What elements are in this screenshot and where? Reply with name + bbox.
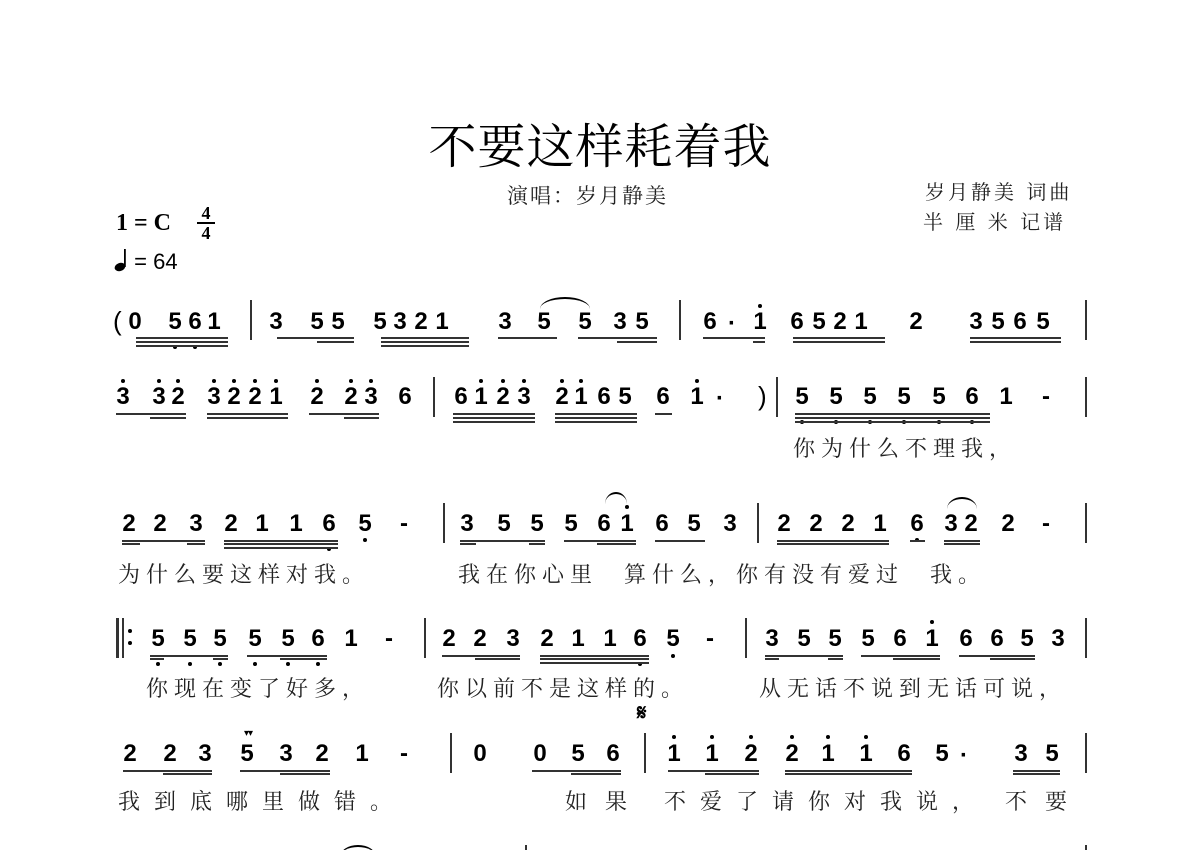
dash-extension: -: [394, 511, 414, 537]
note-digit: 2: [439, 626, 459, 652]
note-digit: 5: [860, 384, 880, 410]
augmentation-dot: ·: [728, 310, 736, 338]
duration-underline: [793, 341, 885, 343]
slur: [605, 492, 627, 504]
barline: [424, 618, 426, 658]
note-digit: 1: [922, 626, 942, 652]
note-digit: 6: [956, 626, 976, 652]
note-digit: 3: [1048, 626, 1068, 652]
duration-underline: [207, 413, 288, 415]
time-signature-top: 4: [197, 205, 215, 221]
note-digit: 1: [851, 309, 871, 335]
high-octave-dot: [758, 304, 762, 308]
duration-underline: [381, 345, 469, 347]
note-digit: 3: [514, 384, 534, 410]
barline: [644, 733, 646, 773]
duration-underline: [795, 421, 990, 423]
duration-underline: [224, 540, 338, 542]
high-octave-dot: [710, 735, 714, 739]
note-digit: 3: [113, 384, 133, 410]
note-digit: 2: [120, 741, 140, 767]
note-digit: 3: [966, 309, 986, 335]
note-digit: 5: [1017, 626, 1037, 652]
duration-underline: [785, 773, 912, 775]
note-digit: 2: [307, 384, 327, 410]
quarter-note-icon: [114, 248, 128, 272]
note-digit: 3: [610, 309, 630, 335]
high-octave-dot: [157, 379, 161, 383]
note-digit: 2: [782, 741, 802, 767]
close-parenthesis: ): [758, 381, 767, 412]
duration-underline: [910, 540, 925, 542]
note-digit: 6: [451, 384, 471, 410]
note-digit: 5: [825, 626, 845, 652]
barline: [525, 845, 527, 850]
note-digit: 6: [594, 511, 614, 537]
low-octave-dot: [253, 662, 257, 666]
duration-underline: [150, 417, 186, 419]
duration-underline: [224, 543, 338, 545]
note-digit: 2: [411, 309, 431, 335]
duration-underline: [777, 540, 889, 542]
duration-underline: [793, 337, 885, 339]
duration-underline: [970, 337, 1061, 339]
note-digit: 5: [792, 384, 812, 410]
tempo-value: = 64: [134, 249, 177, 274]
note-digit: 2: [998, 511, 1018, 537]
high-octave-dot: [176, 379, 180, 383]
barline: [1085, 503, 1087, 543]
dash-extension: -: [1036, 384, 1056, 410]
note-digit: 5: [615, 384, 635, 410]
note-digit: 1: [266, 384, 286, 410]
duration-underline: [213, 658, 228, 660]
low-octave-dot: [188, 662, 192, 666]
low-octave-dot: [671, 654, 675, 658]
duration-underline: [280, 773, 330, 775]
note-digit: 2: [245, 384, 265, 410]
duration-underline: [540, 658, 649, 660]
note-digit: 2: [312, 741, 332, 767]
duration-underline: [344, 417, 379, 419]
duration-underline: [150, 655, 228, 657]
note-digit: 3: [361, 384, 381, 410]
note-digit: 6: [395, 384, 415, 410]
duration-underline: [122, 543, 140, 545]
duration-underline: [828, 658, 843, 660]
high-octave-dot: [253, 379, 257, 383]
note-digit: 5: [663, 626, 683, 652]
lyricist-composer-credit: 岁月静美 词曲: [925, 176, 1072, 205]
note-digit: 6: [907, 511, 927, 537]
duration-underline: [893, 658, 940, 660]
note-digit: 1: [471, 384, 491, 410]
lyrics-line: 如果: [565, 785, 645, 816]
high-octave-dot: [579, 379, 583, 383]
note-digit: 5: [180, 626, 200, 652]
barline: [433, 377, 435, 417]
duration-underline: [578, 337, 657, 339]
duration-underline: [540, 655, 649, 657]
note-digit: 6: [652, 511, 672, 537]
note-digit: 3: [195, 741, 215, 767]
high-octave-dot: [349, 379, 353, 383]
duration-underline: [280, 658, 327, 660]
augmentation-dot: ·: [716, 385, 724, 413]
high-octave-dot: [672, 735, 676, 739]
high-octave-dot: [522, 379, 526, 383]
duration-underline: [453, 421, 535, 423]
note-digit: 3: [457, 511, 477, 537]
note-digit: 5: [575, 309, 595, 335]
lyrics-line: 从无话不说到无话可说，: [759, 672, 1067, 703]
note-digit: 3: [149, 384, 169, 410]
duration-underline: [705, 773, 759, 775]
note-digit: 1: [568, 626, 588, 652]
segno-sign: 𝄋: [637, 700, 646, 726]
duration-underline: [655, 540, 705, 542]
duration-underline: [555, 421, 637, 423]
note-digit: 0: [530, 741, 550, 767]
duration-underline: [1013, 770, 1060, 772]
repeat-dot: [128, 641, 132, 645]
note-digit: 1: [617, 511, 637, 537]
duration-underline: [944, 543, 980, 545]
note-digit: 2: [221, 511, 241, 537]
barline: [679, 300, 681, 340]
note-digit: 1: [252, 511, 272, 537]
repeat-start-thin-bar: [122, 618, 124, 658]
open-parenthesis: (: [113, 306, 122, 337]
duration-underline: [655, 413, 672, 415]
high-octave-dot: [790, 735, 794, 739]
duration-underline: [136, 345, 228, 347]
high-octave-dot: [560, 379, 564, 383]
slur: [540, 297, 590, 309]
key-signature: 1 = C: [116, 210, 171, 237]
note-digit: 2: [537, 626, 557, 652]
high-octave-dot: [212, 379, 216, 383]
note-digit: 6: [1010, 309, 1030, 335]
tempo-marking: = 64: [114, 248, 178, 275]
singer-credit: 演唱：岁月静美: [507, 180, 668, 210]
high-octave-dot: [625, 505, 629, 509]
high-octave-dot: [315, 379, 319, 383]
note-digit: 5: [632, 309, 652, 335]
note-digit: 6: [630, 626, 650, 652]
low-octave-dot: [156, 662, 160, 666]
low-octave-dot: [286, 662, 290, 666]
note-digit: 5: [1033, 309, 1053, 335]
low-octave-dot: [316, 662, 320, 666]
note-digit: 6: [603, 741, 623, 767]
lyrics-line: 你以前不是这样的。: [437, 672, 689, 703]
note-digit: 6: [962, 384, 982, 410]
duration-underline: [240, 770, 330, 772]
note-digit: 3: [762, 626, 782, 652]
lyrics-line: 我在你心里 算什么，你有没有爱过 我。: [458, 558, 986, 589]
high-octave-dot: [121, 379, 125, 383]
note-digit: 5: [894, 384, 914, 410]
duration-underline: [136, 337, 228, 339]
duration-underline: [136, 341, 228, 343]
note-digit: 2: [552, 384, 572, 410]
duration-underline: [795, 417, 990, 419]
duration-underline: [990, 658, 1035, 660]
note-digit: 2: [341, 384, 361, 410]
note-digit: 5: [494, 511, 514, 537]
lyrics-line: 不要: [1005, 785, 1085, 816]
duration-underline: [540, 662, 649, 664]
note-digit: 6: [594, 384, 614, 410]
lyrics-line: 为什么要这样对我。: [118, 558, 370, 589]
note-digit: 5: [527, 511, 547, 537]
duration-underline: [777, 543, 889, 545]
note-digit: 1: [204, 309, 224, 335]
duration-underline: [498, 337, 557, 339]
note-digit: 5: [278, 626, 298, 652]
duration-underline: [617, 341, 657, 343]
note-digit: 3: [390, 309, 410, 335]
duration-underline: [571, 773, 621, 775]
note-digit: 3: [941, 511, 961, 537]
note-digit: 1: [341, 626, 361, 652]
note-digit: 5: [858, 626, 878, 652]
duration-underline: [555, 417, 637, 419]
duration-underline: [442, 655, 520, 657]
note-digit: 5: [148, 626, 168, 652]
note-digit: 1: [818, 741, 838, 767]
barline: [745, 618, 747, 658]
note-digit: 6: [987, 626, 1007, 652]
note-digit: 5: [932, 741, 952, 767]
note-digit: 0: [470, 741, 490, 767]
barline: [1085, 733, 1087, 773]
duration-underline: [187, 543, 205, 545]
augmentation-dot: ·: [960, 742, 968, 770]
barline: [250, 300, 252, 340]
barline: [757, 503, 759, 543]
note-digit: 1: [687, 384, 707, 410]
barline: [450, 733, 452, 773]
duration-underline: [861, 655, 940, 657]
high-octave-dot: [695, 379, 699, 383]
note-digit: 5: [988, 309, 1008, 335]
time-signature: 4 4: [197, 205, 215, 241]
time-signature-bottom: 4: [197, 225, 215, 241]
note-digit: 5: [794, 626, 814, 652]
note-digit: 5: [210, 626, 230, 652]
note-digit: 5: [237, 741, 257, 767]
note-digit: 6: [308, 626, 328, 652]
note-digit: 5: [370, 309, 390, 335]
note-digit: 2: [119, 511, 139, 537]
note-digit: 6: [185, 309, 205, 335]
note-digit: 2: [168, 384, 188, 410]
duration-underline: [150, 658, 164, 660]
note-digit: 1: [702, 741, 722, 767]
note-digit: 5: [245, 626, 265, 652]
note-digit: 2: [741, 741, 761, 767]
duration-underline: [944, 540, 980, 542]
duration-underline: [381, 337, 469, 339]
low-octave-dot: [363, 538, 367, 542]
duration-underline: [277, 337, 354, 339]
dash-extension: -: [394, 741, 414, 767]
duration-underline: [959, 655, 1035, 657]
duration-underline: [207, 417, 288, 419]
duration-underline: [163, 773, 212, 775]
repeat-start-thick-bar: [116, 618, 119, 658]
duration-underline: [317, 341, 354, 343]
note-digit: 2: [150, 511, 170, 537]
note-digit: 6: [653, 384, 673, 410]
duration-underline: [453, 417, 535, 419]
repeat-dot: [128, 629, 132, 633]
note-digit: 2: [961, 511, 981, 537]
note-digit: 1: [664, 741, 684, 767]
note-digit: 5: [355, 511, 375, 537]
barline: [1085, 300, 1087, 340]
duration-underline: [970, 341, 1061, 343]
duration-underline: [309, 413, 379, 415]
note-digit: 6: [700, 309, 720, 335]
high-octave-dot: [479, 379, 483, 383]
duration-underline: [116, 413, 186, 415]
duration-underline: [475, 658, 520, 660]
note-digit: 5: [307, 309, 327, 335]
duration-underline: [564, 540, 636, 542]
duration-underline: [460, 543, 476, 545]
note-digit: 1: [286, 511, 306, 537]
note-digit: 5: [568, 741, 588, 767]
note-digit: 0: [125, 309, 145, 335]
note-digit: 2: [838, 511, 858, 537]
note-digit: 5: [1042, 741, 1062, 767]
low-octave-dot: [218, 662, 222, 666]
note-digit: 3: [266, 309, 286, 335]
duration-underline: [247, 655, 327, 657]
duration-underline: [668, 770, 759, 772]
high-octave-dot: [930, 620, 934, 624]
note-digit: 1: [750, 309, 770, 335]
high-octave-dot: [501, 379, 505, 383]
high-octave-dot: [369, 379, 373, 383]
duration-underline: [765, 655, 843, 657]
note-digit: 1: [571, 384, 591, 410]
transcriber-credit: 半 厘 米 记谱: [923, 206, 1066, 235]
duration-underline: [532, 770, 621, 772]
slur: [340, 845, 376, 850]
dash-extension: -: [700, 626, 720, 652]
duration-underline: [765, 658, 779, 660]
duration-underline: [123, 770, 212, 772]
dash-extension: -: [379, 626, 399, 652]
note-digit: 2: [806, 511, 826, 537]
barline: [1085, 618, 1087, 658]
duration-underline: [529, 543, 545, 545]
barline: [1085, 377, 1087, 417]
note-digit: 3: [503, 626, 523, 652]
note-digit: 5: [561, 511, 581, 537]
duration-underline: [785, 770, 912, 772]
dash-extension: -: [1036, 511, 1056, 537]
lyrics-line: 你现在变了好多，: [146, 672, 370, 703]
note-digit: 5: [826, 384, 846, 410]
note-digit: 2: [774, 511, 794, 537]
note-digit: 1: [432, 309, 452, 335]
note-digit: 6: [890, 626, 910, 652]
duration-underline: [931, 413, 980, 415]
barline: [1085, 845, 1087, 850]
note-digit: 1: [870, 511, 890, 537]
slur: [947, 497, 977, 509]
duration-underline: [555, 413, 637, 415]
note-digit: 1: [996, 384, 1016, 410]
note-digit: 3: [186, 511, 206, 537]
note-digit: 5: [534, 309, 554, 335]
high-octave-dot: [864, 735, 868, 739]
note-digit: 3: [276, 741, 296, 767]
song-title: 不要这样耗着我: [0, 108, 1200, 177]
duration-underline: [753, 341, 765, 343]
note-digit: 3: [720, 511, 740, 537]
note-digit: 1: [856, 741, 876, 767]
note-digit: 2: [160, 741, 180, 767]
duration-underline: [460, 540, 545, 542]
note-digit: 3: [495, 309, 515, 335]
note-digit: 2: [224, 384, 244, 410]
note-digit: 6: [319, 511, 339, 537]
note-digit: 5: [328, 309, 348, 335]
duration-underline: [597, 543, 636, 545]
high-octave-dot: [232, 379, 236, 383]
note-digit: 5: [684, 511, 704, 537]
note-digit: 5: [165, 309, 185, 335]
high-octave-dot: [749, 735, 753, 739]
duration-underline: [224, 547, 338, 549]
note-digit: 2: [470, 626, 490, 652]
note-digit: 1: [600, 626, 620, 652]
note-digit: 6: [894, 741, 914, 767]
duration-underline: [381, 341, 469, 343]
note-digit: 2: [906, 309, 926, 335]
ornament-mark: ▾▾: [244, 728, 252, 739]
duration-underline: [122, 540, 205, 542]
note-digit: 1: [352, 741, 372, 767]
note-digit: 5: [929, 384, 949, 410]
high-octave-dot: [274, 379, 278, 383]
barline: [443, 503, 445, 543]
lyrics-line: 不爱了请你对我说，: [664, 785, 988, 816]
high-octave-dot: [826, 735, 830, 739]
note-digit: 3: [204, 384, 224, 410]
barline: [776, 377, 778, 417]
note-digit: 2: [830, 309, 850, 335]
note-digit: 3: [1011, 741, 1031, 767]
note-digit: 2: [493, 384, 513, 410]
note-digit: 6: [787, 309, 807, 335]
duration-underline: [453, 413, 535, 415]
lyrics-line: 我到底哪里做错。: [118, 785, 406, 816]
note-digit: 5: [809, 309, 829, 335]
lyrics-line: 你为什么不理我，: [793, 432, 1017, 463]
duration-underline: [1013, 773, 1060, 775]
